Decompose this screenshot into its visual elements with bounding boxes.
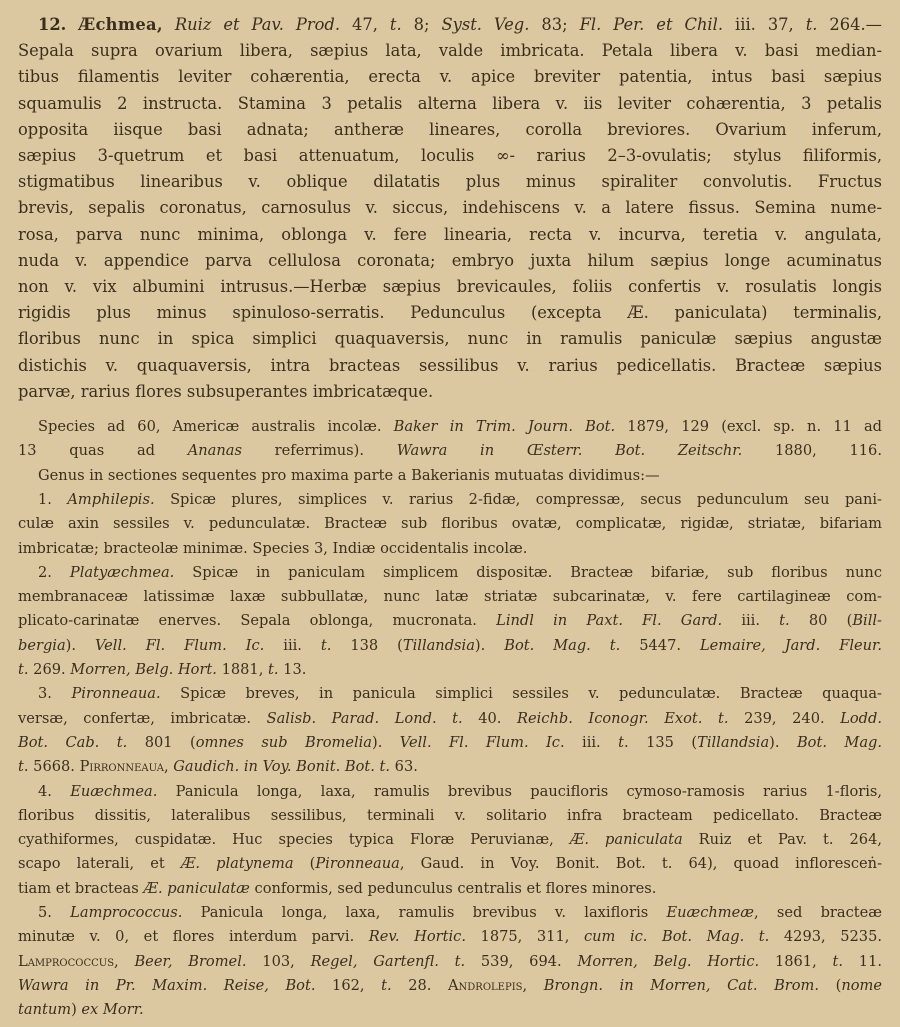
section-name: Platyæchmea. — [70, 564, 192, 581]
citation-text: t. — [833, 953, 844, 970]
section-name: Amphilepis. — [67, 491, 170, 508]
citation-text: t. — [268, 661, 279, 678]
citation-text: omnes sub Bromelia — [196, 734, 372, 751]
section-number: 1. — [38, 491, 67, 508]
sections-list: 1. Amphilepis. Spicæ plures, simplices v… — [18, 488, 882, 1023]
citation-text: Regel, Gartenfl. t. — [311, 953, 466, 970]
citation-text: Lemaire, Jard. Fleur. — [700, 637, 882, 654]
section-line: 3. Pironneaua. Spicæ breves, in panicula… — [18, 682, 882, 706]
description-line: stigmatibus linearibus v. oblique dilata… — [18, 169, 882, 195]
section-name: Pironneaua. — [71, 685, 180, 702]
section-line: minutæ v. 0, et flores interdum parvi. R… — [18, 925, 882, 949]
species-note-line: Species ad 60, Americæ australis incolæ.… — [18, 415, 882, 439]
text-run: , sed bracteæ — [754, 904, 882, 921]
description-line: rigidis plus minus spinuloso-serratis. P… — [18, 300, 882, 326]
text-run: culæ axin sessiles v. pedunculatæ. Bract… — [18, 515, 882, 532]
text-run: 103, — [247, 953, 311, 970]
citation-text: Æ. paniculatæ — [143, 880, 250, 897]
citation-text: Vell. Fl. Flum. Ic. — [400, 734, 565, 751]
section-line: 2. Platyæchmea. Spicæ in paniculam simpl… — [18, 561, 882, 585]
citation-text: Bot. Cab. t. — [18, 734, 127, 751]
citation-text: Salisb. Parad. Lond. t. — [267, 710, 463, 727]
section-name: Lamprococcus. — [70, 904, 200, 921]
citation-text: Bot. Mag. — [797, 734, 882, 751]
text-run: Species ad 60, Americæ australis incolæ. — [38, 418, 394, 435]
citation-text: Syst. Veg. — [441, 15, 529, 34]
section-number: 2. — [38, 564, 70, 581]
citation-text: t. — [806, 15, 818, 34]
text-run: versæ, confertæ, imbricatæ. — [18, 710, 267, 727]
citation-text: Bot. Mag. t. — [662, 928, 769, 945]
citation-text: Ruiz et Pav. Prod. — [163, 15, 340, 34]
genus-description: Sepala supra ovarium libera, sæpius lata… — [18, 38, 882, 405]
entry-number: 12. — [38, 15, 66, 34]
citation-text: t. — [779, 612, 790, 629]
genus-entry: 12. Æchmea, Ruiz et Pav. Prod. 47, t. 8;… — [18, 12, 882, 405]
text-run: referrimus). — [242, 442, 397, 459]
text-run: ( — [819, 977, 841, 994]
text-run: 1875, 311, — [466, 928, 584, 945]
citation-text: Rev. Hortic. — [369, 928, 466, 945]
section-number: 4. — [38, 783, 70, 800]
section-number: 5. — [38, 904, 70, 921]
text-run: 162, — [315, 977, 381, 994]
description-line: tibus filamentis leviter cohærentia, ere… — [18, 64, 882, 90]
citation-text: nome — [841, 977, 882, 994]
text-run: Spicæ breves, in panicula simplici sessi… — [180, 685, 882, 702]
section-line: 5. Lamprococcus. Panicula longa, laxa, r… — [18, 901, 882, 925]
species-note: Species ad 60, Americæ australis incolæ.… — [18, 415, 882, 488]
section-line: Wawra in Pr. Maxim. Reise, Bot. 162, t. … — [18, 974, 882, 998]
description-line: floribus nunc in spica simplici quaquave… — [18, 326, 882, 352]
text-run: 1881, — [217, 661, 268, 678]
text-run: 8; — [402, 15, 442, 34]
citation-text: Bot. Mag. t. — [504, 637, 620, 654]
text-run: 28. — [392, 977, 448, 994]
citation-text: t. — [381, 977, 392, 994]
section-line: tantum) ex Morr. — [18, 998, 882, 1022]
text-run: 80 ( — [790, 612, 853, 629]
section-line: 4. Euæchmea. Panicula longa, laxa, ramul… — [18, 780, 882, 804]
citation-text: t. — [18, 661, 29, 678]
text-run: iii. — [264, 637, 321, 654]
text-run: membranaceæ latissimæ laxæ subbullatæ, n… — [18, 588, 882, 605]
citation-text: Brongn. in Morren, Cat. Brom. — [527, 977, 819, 994]
citation-text: Baker in Trim. Journ. Bot. — [394, 418, 615, 435]
text-run: 5668. — [29, 758, 80, 775]
text-run: 11. — [843, 953, 882, 970]
text-run: iii. — [722, 612, 779, 629]
text-run: scapo laterali, et — [18, 855, 181, 872]
section-line: t. 5668. Pirronneaua, Gaudich. in Voy. B… — [18, 755, 882, 779]
text-run: minutæ v. 0, et flores interdum parvi. — [18, 928, 369, 945]
text-run: 13 quas ad — [18, 442, 188, 459]
text-run: tiam et bracteas — [18, 880, 143, 897]
citation-text: bergia — [18, 637, 66, 654]
citation-text: Tillandsia — [697, 734, 769, 751]
text-run: ). — [769, 734, 797, 751]
section-line: floribus dissitis, lateralibus sessilibu… — [18, 804, 882, 828]
text-run: 1879, 129 (excl. sp. n. 11 ad — [615, 418, 882, 435]
text-run: Genus in sectiones sequentes pro maxima … — [38, 467, 660, 484]
citation-text: cum ic. — [584, 928, 647, 945]
citation-text: Lodd. — [840, 710, 882, 727]
text-run: 138 ( — [331, 637, 402, 654]
synonym-name: Androlepis, — [448, 977, 527, 994]
citation-text: Vell. Fl. Flum. Ic. — [95, 637, 264, 654]
citation-text: Fl. Per. et Chil. — [580, 15, 723, 34]
text-run: 40. — [463, 710, 517, 727]
text-run: 1880, 116. — [742, 442, 882, 459]
header-references: Ruiz et Pav. Prod. 47, t. 8; Syst. Veg. … — [163, 15, 882, 34]
species-note-line: Genus in sectiones sequentes pro maxima … — [18, 464, 882, 488]
document-page: 12. Æchmea, Ruiz et Pav. Prod. 47, t. 8;… — [0, 0, 900, 1022]
text-run: ). — [66, 637, 95, 654]
description-line: sæpius 3-quetrum et basi attenuatum, loc… — [18, 143, 882, 169]
citation-text: Ananas — [188, 442, 242, 459]
section-line: scapo laterali, et Æ. platynema (Pironne… — [18, 852, 882, 876]
text-run: 135 ( — [629, 734, 697, 751]
section-2: 2. Platyæchmea. Spicæ in paniculam simpl… — [18, 561, 882, 682]
text-run: floribus dissitis, lateralibus sessilibu… — [18, 807, 882, 824]
text-run: ) — [71, 1001, 81, 1018]
text-run: 269. — [29, 661, 71, 678]
text-run: imbricatæ; bracteolæ minimæ. Species 3, … — [18, 540, 527, 557]
citation-text: Pironneaua — [315, 855, 399, 872]
section-4: 4. Euæchmea. Panicula longa, laxa, ramul… — [18, 780, 882, 901]
citation-text: Æ. paniculata — [570, 831, 683, 848]
section-line: plicato-carinatæ enerves. Sepala oblonga… — [18, 609, 882, 633]
description-line: squamulis 2 instructa. Stamina 3 petalis… — [18, 91, 882, 117]
description-line: Sepala supra ovarium libera, sæpius lata… — [18, 38, 882, 64]
text-run: 264.— — [817, 15, 882, 34]
description-line: parvæ, rarius flores subsuperantes imbri… — [18, 379, 882, 405]
genus-name: Æchmea, — [78, 15, 163, 34]
citation-text: t. — [18, 758, 29, 775]
section-name: Euæchmea. — [70, 783, 175, 800]
description-line: rosa, parva nunc minima, oblonga v. fere… — [18, 222, 882, 248]
citation-text: Beer, Bromel. — [119, 953, 247, 970]
text-run: 4293, 5235. — [769, 928, 882, 945]
citation-text: t. — [618, 734, 629, 751]
citation-text: t. — [390, 15, 402, 34]
section-line: membranaceæ latissimæ laxæ subbullatæ, n… — [18, 585, 882, 609]
text-run: 63. — [390, 758, 418, 775]
synonym-name: Lamprococcus, — [18, 953, 119, 970]
species-note-line: 13 quas ad Ananas referrimus). Wawra in … — [18, 439, 882, 463]
section-line: Bot. Cab. t. 801 (omnes sub Bromelia). V… — [18, 731, 882, 755]
text-run: 47, — [340, 15, 390, 34]
citation-text: Tillandsia — [403, 637, 475, 654]
description-line: opposita iisque basi adnata; antheræ lin… — [18, 117, 882, 143]
text-run: 801 ( — [127, 734, 195, 751]
text-run: Panicula longa, laxa, ramulis brevibus v… — [201, 904, 667, 921]
citation-text: Morren, Belg. Hort. — [70, 661, 217, 678]
citation-text: Euæchmeæ — [666, 904, 754, 921]
section-line: imbricatæ; bracteolæ minimæ. Species 3, … — [18, 537, 882, 561]
text-run: 5447. — [620, 637, 700, 654]
citation-text: ex Morr. — [81, 1001, 143, 1018]
text-run: conformis, sed pedunculus centralis et f… — [250, 880, 656, 897]
section-line: culæ axin sessiles v. pedunculatæ. Bract… — [18, 512, 882, 536]
description-line: non v. vix albumini intrusus.—Herbæ sæpi… — [18, 274, 882, 300]
section-3: 3. Pironneaua. Spicæ breves, in panicula… — [18, 682, 882, 779]
text-run: Spicæ plures, simplices v. rarius 2-fidæ… — [170, 491, 882, 508]
section-5: 5. Lamprococcus. Panicula longa, laxa, r… — [18, 901, 882, 1022]
description-line: nuda v. appendice parva cellulosa corona… — [18, 248, 882, 274]
text-run — [647, 928, 662, 945]
synonym-name: Pirronneaua, — [80, 758, 169, 775]
text-run: plicato-carinatæ enerves. Sepala oblonga… — [18, 612, 496, 629]
section-1: 1. Amphilepis. Spicæ plures, simplices v… — [18, 488, 882, 561]
citation-text: Gaudich. in Voy. Bonit. Bot. t. — [169, 758, 390, 775]
description-line: brevis, sepalis coronatus, carnosulus v.… — [18, 195, 882, 221]
section-line: tiam et bracteas Æ. paniculatæ conformis… — [18, 877, 882, 901]
text-run: 1861, — [759, 953, 832, 970]
text-run: 83; — [529, 15, 579, 34]
text-run: Panicula longa, laxa, ramulis brevibus p… — [176, 783, 882, 800]
section-line: Lamprococcus, Beer, Bromel. 103, Regel, … — [18, 950, 882, 974]
section-number: 3. — [38, 685, 71, 702]
citation-text: Wawra in Pr. Maxim. Reise, Bot. — [18, 977, 315, 994]
text-run: iii. — [565, 734, 619, 751]
section-line: 1. Amphilepis. Spicæ plures, simplices v… — [18, 488, 882, 512]
text-run: 539, 694. — [465, 953, 577, 970]
section-line: cyathiformes, cuspidatæ. Huc species typ… — [18, 828, 882, 852]
section-line: t. 269. Morren, Belg. Hort. 1881, t. 13. — [18, 658, 882, 682]
citation-text: tantum — [18, 1001, 71, 1018]
text-run: ). — [475, 637, 504, 654]
text-run: Ruiz et Pav. t. 264, — [683, 831, 882, 848]
text-run: ). — [372, 734, 400, 751]
citation-text: Bill- — [852, 612, 882, 629]
section-line: bergia). Vell. Fl. Flum. Ic. iii. t. 138… — [18, 634, 882, 658]
text-run: Spicæ in paniculam simplicem dispositæ. … — [192, 564, 882, 581]
citation-text: Æ. platynema — [181, 855, 294, 872]
section-line: versæ, confertæ, imbricatæ. Salisb. Para… — [18, 707, 882, 731]
citation-text: Morren, Belg. Hortic. — [577, 953, 759, 970]
text-run: ( — [294, 855, 316, 872]
citation-text: Wawra in Œsterr. Bot. Zeitschr. — [397, 442, 743, 459]
text-run: 13. — [279, 661, 307, 678]
text-run: 239, 240. — [729, 710, 841, 727]
description-line: distichis v. quaquaversis, intra bractea… — [18, 353, 882, 379]
citation-text: Lindl in Paxt. Fl. Gard. — [496, 612, 722, 629]
citation-text: Reichb. Iconogr. Exot. t. — [517, 710, 728, 727]
entry-heading: 12. Æchmea, Ruiz et Pav. Prod. 47, t. 8;… — [18, 12, 882, 38]
text-run: cyathiformes, cuspidatæ. Huc species typ… — [18, 831, 570, 848]
citation-text: t. — [321, 637, 332, 654]
text-run: , Gaud. in Voy. Bonit. Bot. t. 64), quoa… — [400, 855, 882, 872]
text-run: iii. 37, — [723, 15, 806, 34]
